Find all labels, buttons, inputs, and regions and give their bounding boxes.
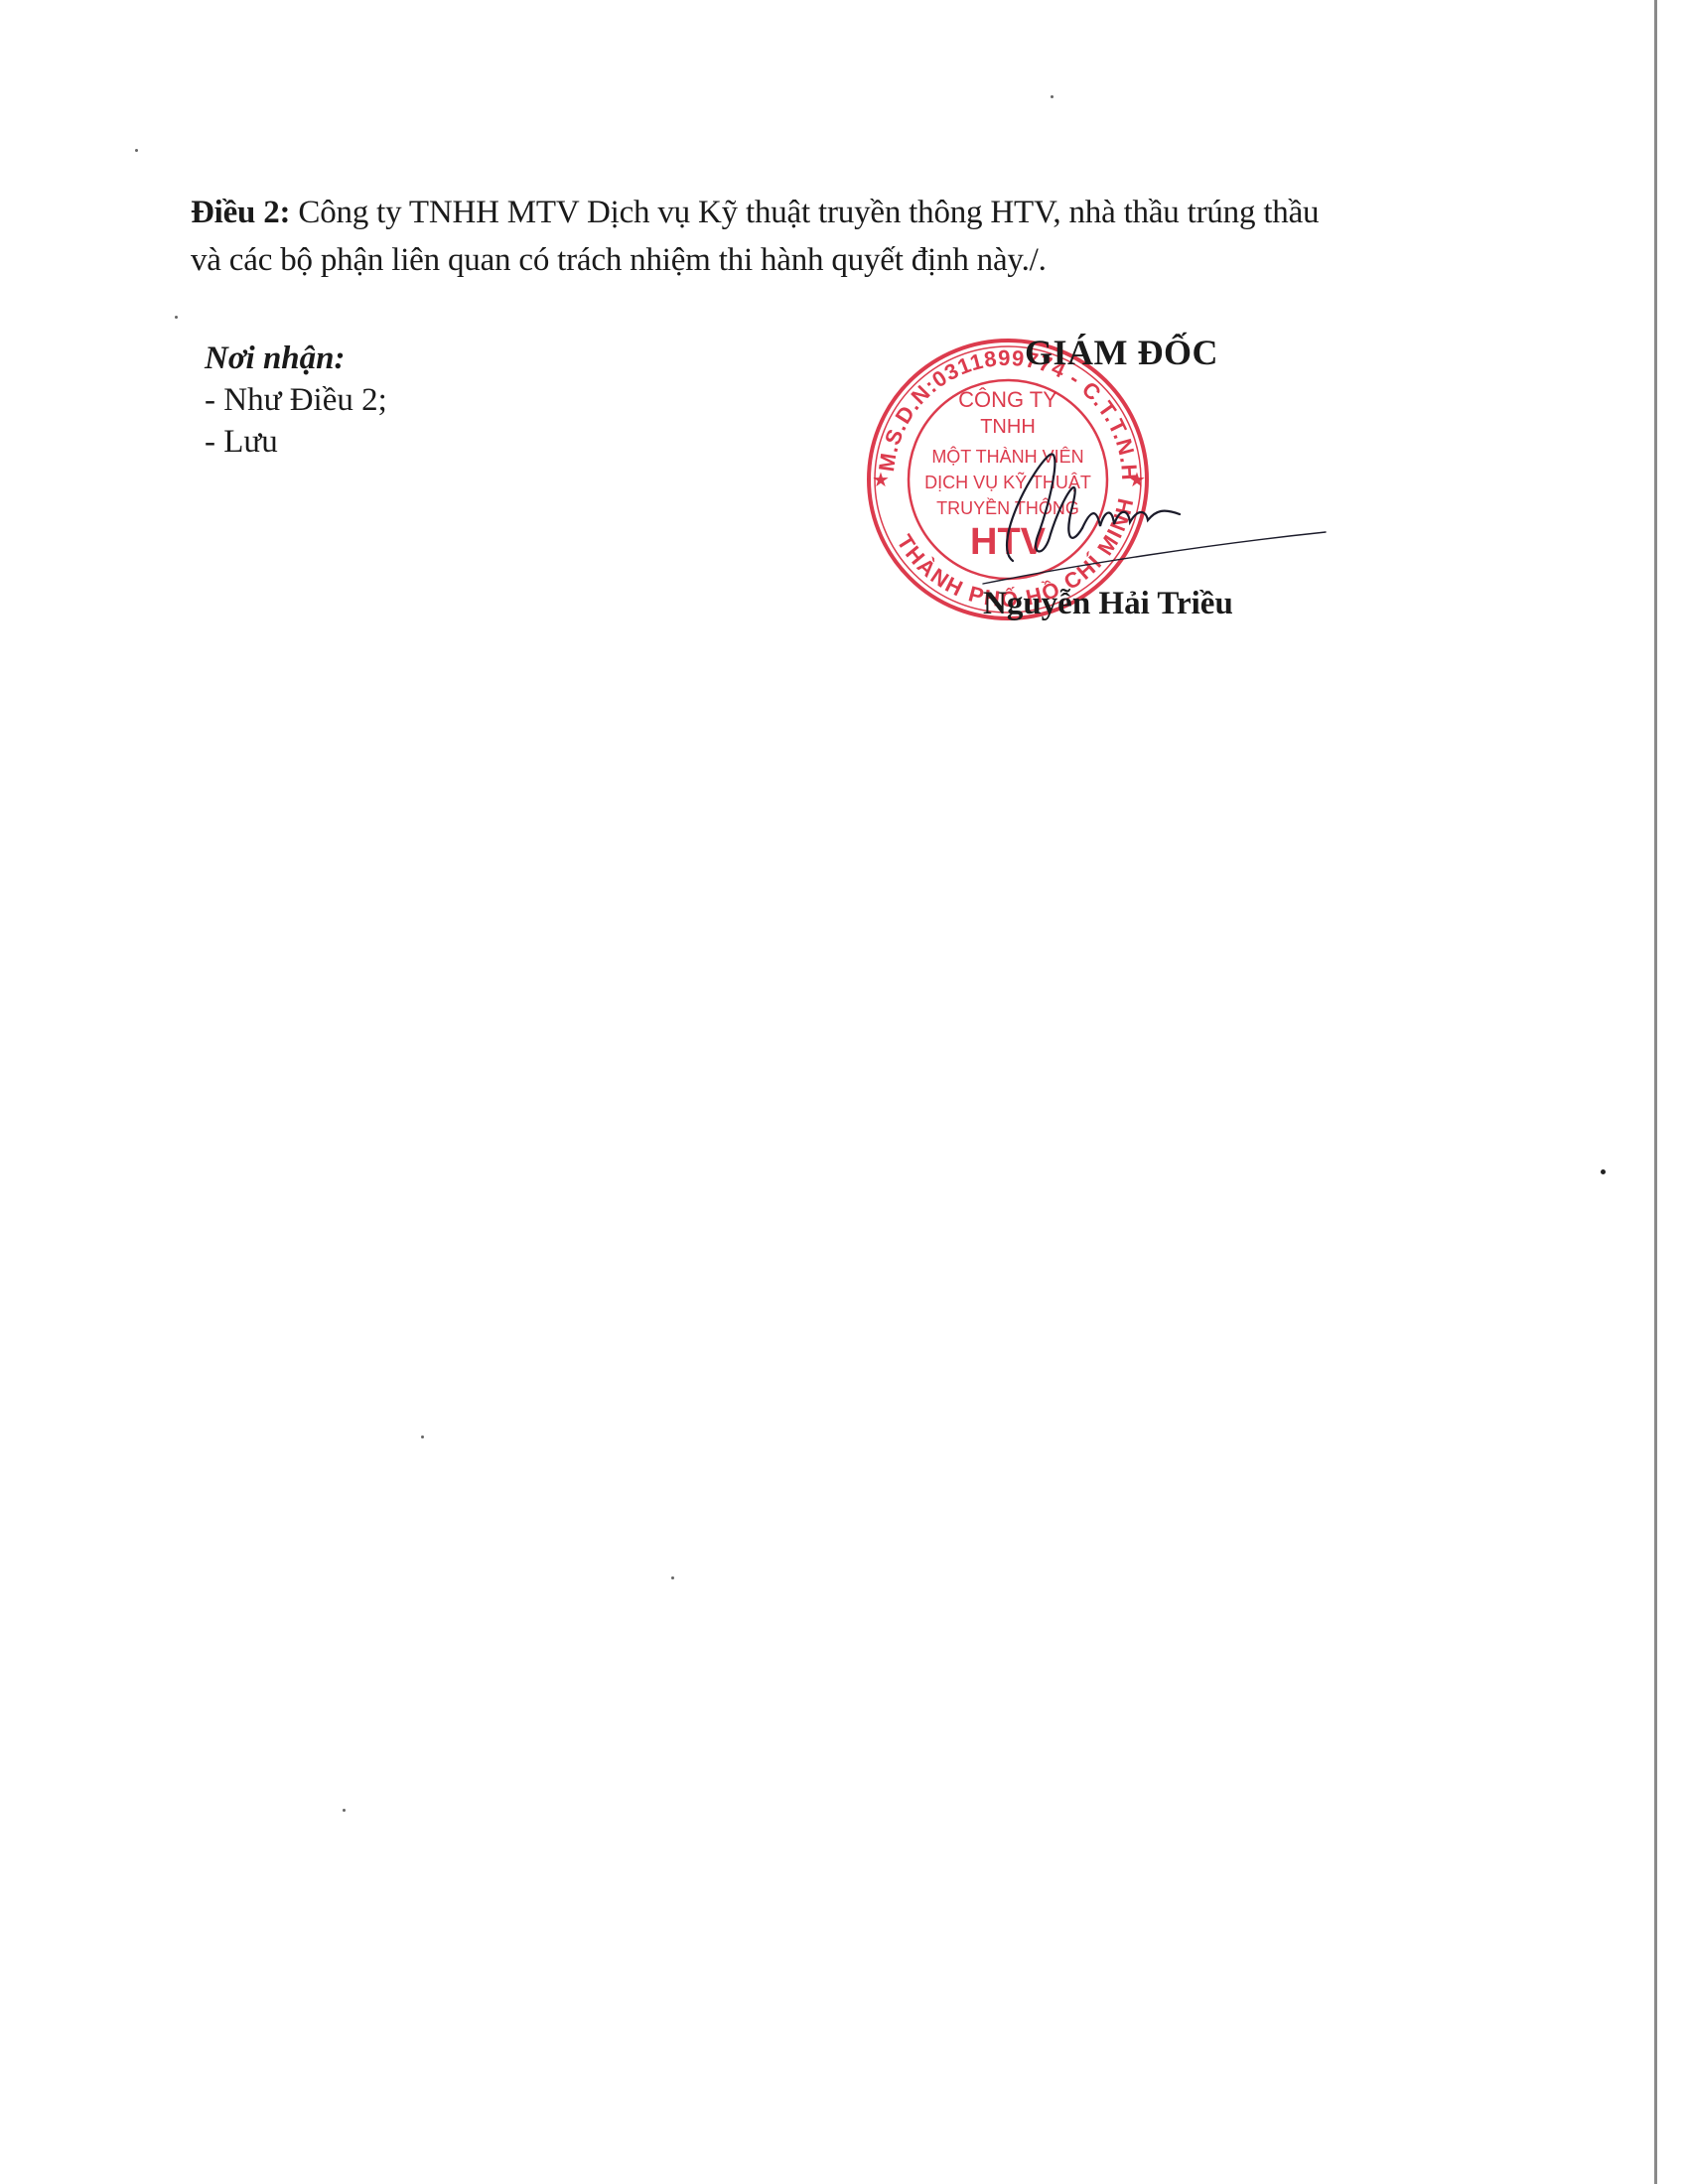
- article-text-line1: Công ty TNHH MTV Dịch vụ Kỹ thuật truyền…: [290, 195, 1319, 230]
- scan-speck: [135, 149, 138, 152]
- scan-speck: [1601, 1169, 1606, 1174]
- stamp-star-icon: ★: [872, 470, 890, 491]
- scan-speck: [671, 1576, 674, 1579]
- recipient-item: - Như Điều 2;: [205, 379, 387, 421]
- stamp-line: CÔNG TY: [958, 387, 1057, 412]
- handwritten-signature: [933, 437, 1331, 606]
- recipients-title: Nơi nhận:: [205, 338, 387, 379]
- signer-position-title: GIÁM ĐỐC: [1025, 332, 1218, 373]
- scan-speck: [421, 1435, 424, 1438]
- article-text-line2: và các bộ phận liên quan có trách nhiệm …: [191, 242, 1047, 278]
- stamp-line: TNHH: [980, 416, 1036, 438]
- scan-speck: [175, 316, 178, 319]
- recipient-item: - Lưu: [205, 421, 387, 463]
- signer-name: Nguyễn Hải Triều: [983, 586, 1233, 622]
- scan-speck: [343, 1809, 346, 1812]
- scan-edge-line: [1654, 0, 1657, 2184]
- document-page: Điều 2: Công ty TNHH MTV Dịch vụ Kỹ thuậ…: [0, 0, 1688, 2184]
- article-label: Điều 2:: [191, 195, 290, 230]
- scan-speck: [1051, 95, 1054, 98]
- recipients-block: Nơi nhận: - Như Điều 2; - Lưu: [205, 338, 387, 463]
- article-2-paragraph: Điều 2: Công ty TNHH MTV Dịch vụ Kỹ thuậ…: [191, 189, 1481, 284]
